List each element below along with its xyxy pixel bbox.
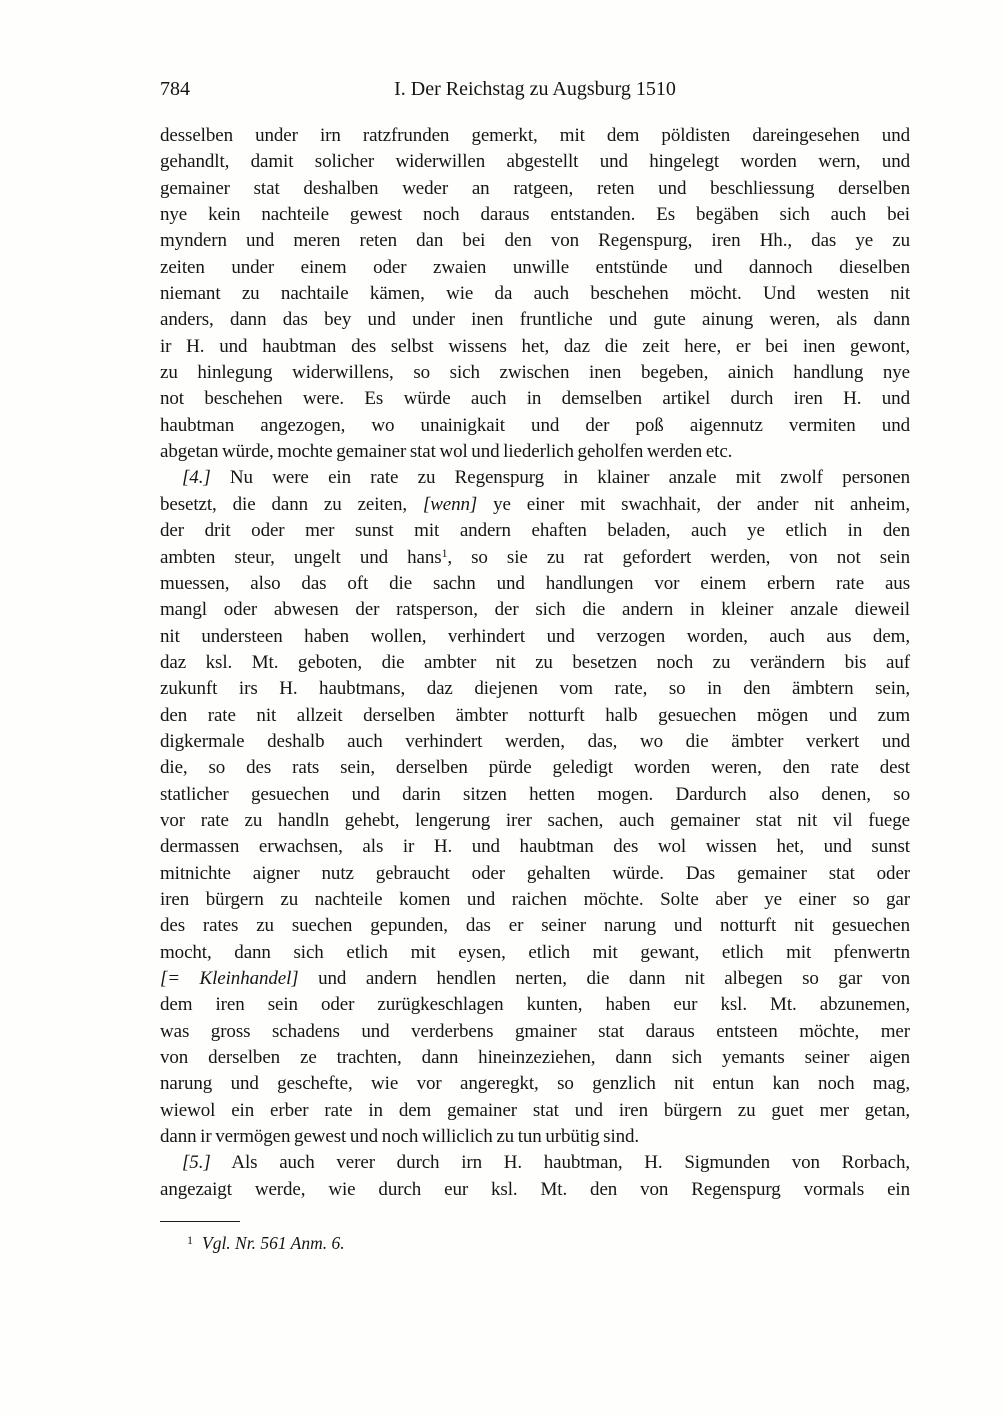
text-line: haubtman angezogen, wo unainigkait und d… (160, 413, 910, 439)
text-line: wiewol ein erber rate in dem gemainer st… (160, 1098, 910, 1124)
text-line: mocht, dann sich etlich mit eysen, etlic… (160, 940, 910, 966)
text-line: zukunft irs H. haubtmans, daz diejenen v… (160, 676, 910, 702)
footnote-ref-1: 1 (442, 547, 448, 560)
text-line: dermassen erwachsen, als ir H. und haubt… (160, 834, 910, 860)
text-block: 784 I. Der Reichstag zu Augsburg 1510 de… (160, 78, 910, 1257)
text-line: abgetan würde, mochte gemainer stat wol … (160, 439, 910, 465)
text-line: ir H. und haubtman des selbst wissens he… (160, 334, 910, 360)
text-line: zeiten under einem oder zwaien unwille e… (160, 255, 910, 281)
text-line: niemant zu nachtaile kämen, wie da auch … (160, 281, 910, 307)
text-line: anders, dann das bey und under inen frun… (160, 307, 910, 333)
text-line: gemainer stat deshalben weder an ratgeen… (160, 176, 910, 202)
text-line: not beschehen were. Es würde auch in dem… (160, 386, 910, 412)
text-line: iren bürgern zu nachteile komen und raic… (160, 887, 910, 913)
text-line: angezaigt werde, wie durch eur ksl. Mt. … (160, 1177, 910, 1203)
text-line: [4.] Nu were ein rate zu Regenspurg in k… (160, 465, 910, 491)
text-line: statlicher gesuechen und darin sitzen he… (160, 782, 910, 808)
text-line: mitnichte aigner nutz gebraucht oder geh… (160, 861, 910, 887)
page-header: 784 I. Der Reichstag zu Augsburg 1510 (160, 78, 910, 104)
text-line: besetzt, die dann zu zeiten, [wenn] ye e… (160, 492, 910, 518)
text-line: nye kein nachteile gewest noch daraus en… (160, 202, 910, 228)
text-line: myndern und meren reten dan bei den von … (160, 228, 910, 254)
text-line: zu hinlegung widerwillens, so sich zwisc… (160, 360, 910, 386)
text-line: daz ksl. Mt. geboten, die ambter nit zu … (160, 650, 910, 676)
text-line: [= Kleinhandel] und andern hendlen nerte… (160, 966, 910, 992)
text-line: der drit oder mer sunst mit andern ehaft… (160, 518, 910, 544)
footnote-marker: 1 (187, 1233, 193, 1247)
text-line: [5.] Als auch verer durch irn H. haubtma… (160, 1150, 910, 1176)
paragraph: [4.] Nu were ein rate zu Regenspurg in k… (160, 465, 910, 1150)
running-title: I. Der Reichstag zu Augsburg 1510 (160, 78, 910, 101)
text-line: digkermale deshalb auch verhindert werde… (160, 729, 910, 755)
text-line: dem iren sein oder zurügkeschlagen kunte… (160, 992, 910, 1018)
footnote-line: 1Vgl. Nr. 561 Anm. 6. (160, 1231, 910, 1257)
text-line: mangl oder abwesen der ratsperson, der s… (160, 597, 910, 623)
text-line: nit understeen haben wollen, verhindert … (160, 624, 910, 650)
body-text: desselben under irn ratzfrunden gemerkt,… (160, 123, 910, 1203)
text-line: vor rate zu handln gehebt, lengerung ire… (160, 808, 910, 834)
text-line: ambten steur, ungelt und hans1, so sie z… (160, 545, 910, 571)
text-line: die, so des rats sein, derselben pürde g… (160, 755, 910, 781)
text-line: was gross schadens und verderbens gmaine… (160, 1019, 910, 1045)
text-line: desselben under irn ratzfrunden gemerkt,… (160, 123, 910, 149)
page-number: 784 (160, 78, 190, 101)
text-line: narung und geschefte, wie vor angeregkt,… (160, 1071, 910, 1097)
text-line: dann ir vermögen gewest und noch willicl… (160, 1124, 910, 1150)
text-line: von derselben ze trachten, dann hineinze… (160, 1045, 910, 1071)
text-line: den rate nit allzeit derselben ämbter no… (160, 703, 910, 729)
text-line: muessen, also das oft die sachn und hand… (160, 571, 910, 597)
footnote-section: 1Vgl. Nr. 561 Anm. 6. (160, 1221, 910, 1257)
paragraph: desselben under irn ratzfrunden gemerkt,… (160, 123, 910, 465)
paragraph: [5.] Als auch verer durch irn H. haubtma… (160, 1150, 910, 1203)
text-line: gehandlt, damit solicher widerwillen abg… (160, 149, 910, 175)
footnote-text: Vgl. Nr. 561 Anm. 6. (202, 1233, 345, 1253)
book-page: 784 I. Der Reichstag zu Augsburg 1510 de… (0, 0, 1004, 1418)
text-line: des rates zu suechen gepunden, das er se… (160, 913, 910, 939)
footnote-rule (160, 1221, 240, 1222)
